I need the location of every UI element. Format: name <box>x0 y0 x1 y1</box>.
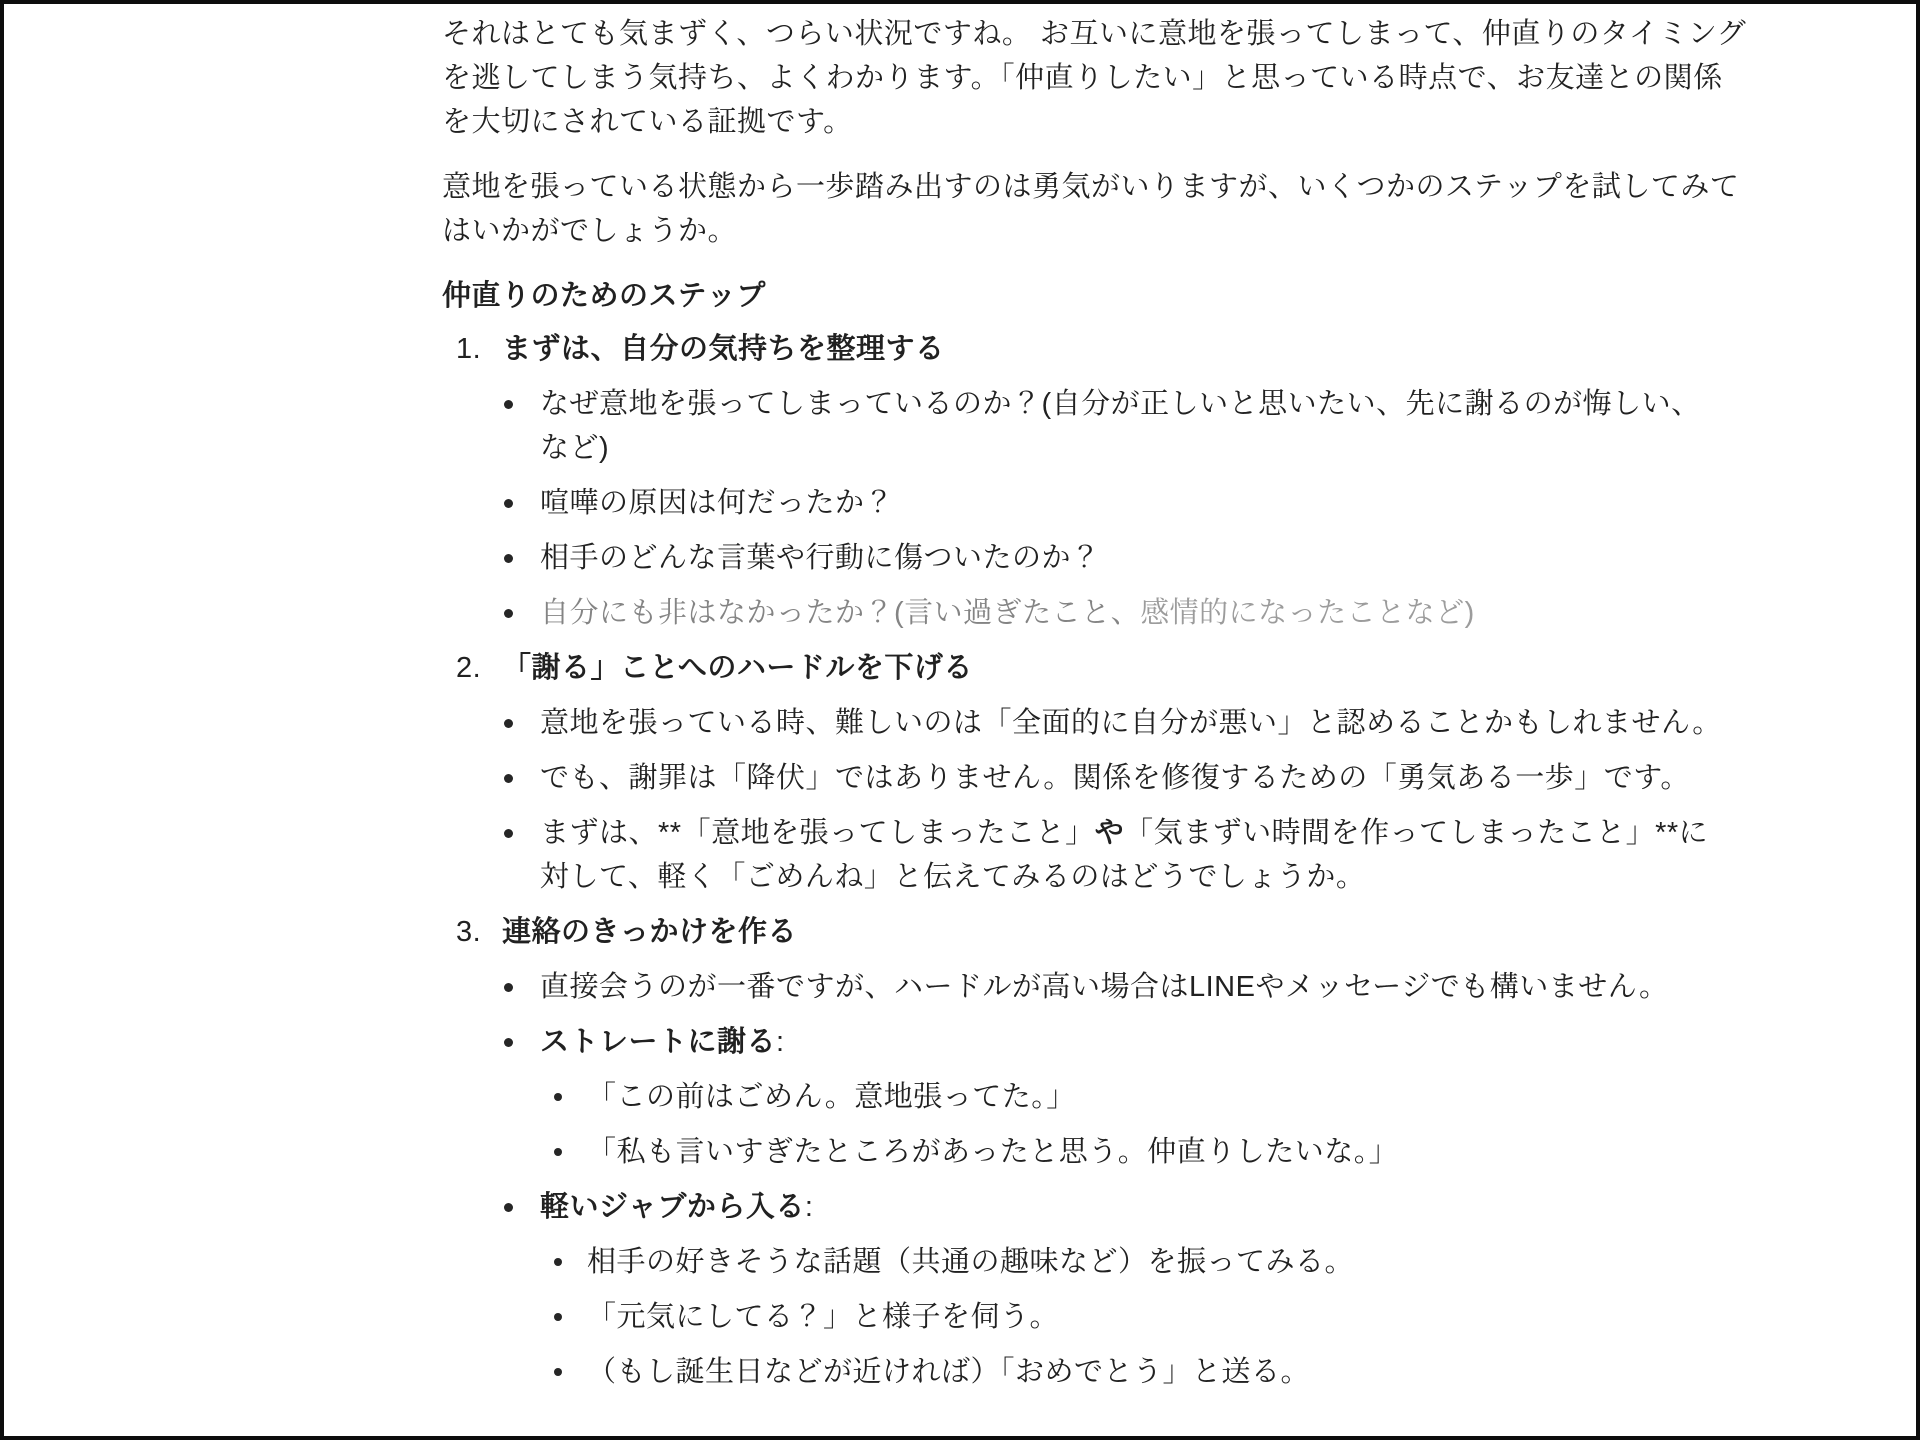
bullet-icon <box>504 400 513 409</box>
step-title: 連絡のきっかけを作る <box>502 910 797 954</box>
intro-paragraph-2: 意地を張っている状態から一歩踏み出すのは勇気がいりますが、いくつかのステップを試… <box>442 165 1880 253</box>
bullet-text: 意地を張っている時、難しいのは「全面的に自分が悪い」と認めることかもしれません。 <box>540 701 1722 745</box>
bullet-item: 意地を張っている時、難しいのは「全面的に自分が悪い」と認めることかもしれません。 <box>442 701 1880 745</box>
step-title: 「謝る」ことへのハードルを下げる <box>502 646 973 690</box>
bullet-text: 喧嘩の原因は何だったか？ <box>540 481 894 525</box>
bullet-icon <box>504 499 513 508</box>
step-number: 3. <box>456 910 502 954</box>
bullet-icon <box>554 1258 562 1266</box>
assistant-message: それはとても気まずく、つらい状況ですね。 お互いに意地を張ってしまって、仲直りの… <box>4 4 1916 1394</box>
bullet-item: ストレートに謝る: <box>442 1020 1880 1064</box>
bullet-text: ストレートに謝る: <box>540 1020 785 1064</box>
bullet-icon <box>554 1368 562 1376</box>
sub-bullet-item: 「この前はごめん。意地張ってた。」 <box>442 1075 1880 1119</box>
bullet-text: まずは、**「意地を張ってしまったこと」や「気まずい時間を作ってしまったこと」*… <box>540 811 1708 899</box>
bullet-item-muted: 自分にも非はなかったか？(言い過ぎたこと、感情的になったことなど) <box>442 591 1880 635</box>
bullet-item: 直接会うのが一番ですが、ハードルが高い場合はLINEやメッセージでも構いません。 <box>442 965 1880 1009</box>
document-page: それはとても気まずく、つらい状況ですね。 お互いに意地を張ってしまって、仲直りの… <box>0 0 1920 1440</box>
sub-bullet-item: （もし誕生日などが近ければ）「おめでとう」と送る。 <box>442 1350 1880 1394</box>
step-number: 2. <box>456 646 502 690</box>
bullet-text: 直接会うのが一番ですが、ハードルが高い場合はLINEやメッセージでも構いません。 <box>540 965 1668 1009</box>
bullet-icon <box>504 829 513 838</box>
bullet-icon <box>554 1313 562 1321</box>
bullet-item: 喧嘩の原因は何だったか？ <box>442 481 1880 525</box>
section-heading: 仲直りのためのステップ <box>442 274 1880 318</box>
sub-bullet-item: 「私も言いすぎたところがあったと思う。仲直りしたいな。」 <box>442 1130 1880 1174</box>
step-item-2: 2. 「謝る」ことへのハードルを下げる <box>442 646 1880 690</box>
bullet-icon <box>554 1093 562 1101</box>
bullet-icon <box>504 554 513 563</box>
bullet-icon <box>554 1148 562 1156</box>
bullet-text: 相手のどんな言葉や行動に傷ついたのか？ <box>540 536 1101 580</box>
step-number: 1. <box>456 327 502 371</box>
intro-paragraph-1: それはとても気まずく、つらい状況ですね。 お互いに意地を張ってしまって、仲直りの… <box>442 12 1880 144</box>
sub-bullet-text: 相手の好きそうな話題（共通の趣味など）を振ってみる。 <box>587 1240 1354 1284</box>
bullet-item: 軽いジャブから入る: <box>442 1185 1880 1229</box>
bullet-text: でも、謝罪は「降伏」ではありません。関係を修復するための「勇気ある一歩」です。 <box>540 756 1690 800</box>
bullet-text: なぜ意地を張ってしまっているのか？(自分が正しいと思いたい、先に謝るのが悔しい、… <box>540 382 1701 470</box>
sub-bullet-text: 「元気にしてる？」と様子を伺う。 <box>587 1295 1059 1339</box>
bullet-icon <box>504 774 513 783</box>
sub-bullet-item: 「元気にしてる？」と様子を伺う。 <box>442 1295 1880 1339</box>
sub-bullet-text: （もし誕生日などが近ければ）「おめでとう」と送る。 <box>587 1350 1310 1394</box>
bullet-item: 相手のどんな言葉や行動に傷ついたのか？ <box>442 536 1880 580</box>
bullet-icon <box>504 719 513 728</box>
sub-bullet-text: 「この前はごめん。意地張ってた。」 <box>587 1075 1076 1119</box>
step-item-1: 1. まずは、自分の気持ちを整理する <box>442 327 1880 371</box>
bullet-item: でも、謝罪は「降伏」ではありません。関係を修復するための「勇気ある一歩」です。 <box>442 756 1880 800</box>
sub-bullet-item: 相手の好きそうな話題（共通の趣味など）を振ってみる。 <box>442 1240 1880 1284</box>
step-title: まずは、自分の気持ちを整理する <box>502 327 945 371</box>
step-item-3: 3. 連絡のきっかけを作る <box>442 910 1880 954</box>
bullet-item: まずは、**「意地を張ってしまったこと」や「気まずい時間を作ってしまったこと」*… <box>442 811 1880 899</box>
bullet-icon <box>504 1203 513 1212</box>
bullet-icon <box>504 1038 513 1047</box>
bullet-icon <box>504 609 513 618</box>
bullet-icon <box>504 983 513 992</box>
bullet-item: なぜ意地を張ってしまっているのか？(自分が正しいと思いたい、先に謝るのが悔しい、… <box>442 382 1880 470</box>
sub-bullet-text: 「私も言いすぎたところがあったと思う。仲直りしたいな。」 <box>587 1130 1398 1174</box>
bullet-text: 軽いジャブから入る: <box>540 1185 813 1229</box>
bullet-text: 自分にも非はなかったか？(言い過ぎたこと、感情的になったことなど) <box>540 591 1475 635</box>
